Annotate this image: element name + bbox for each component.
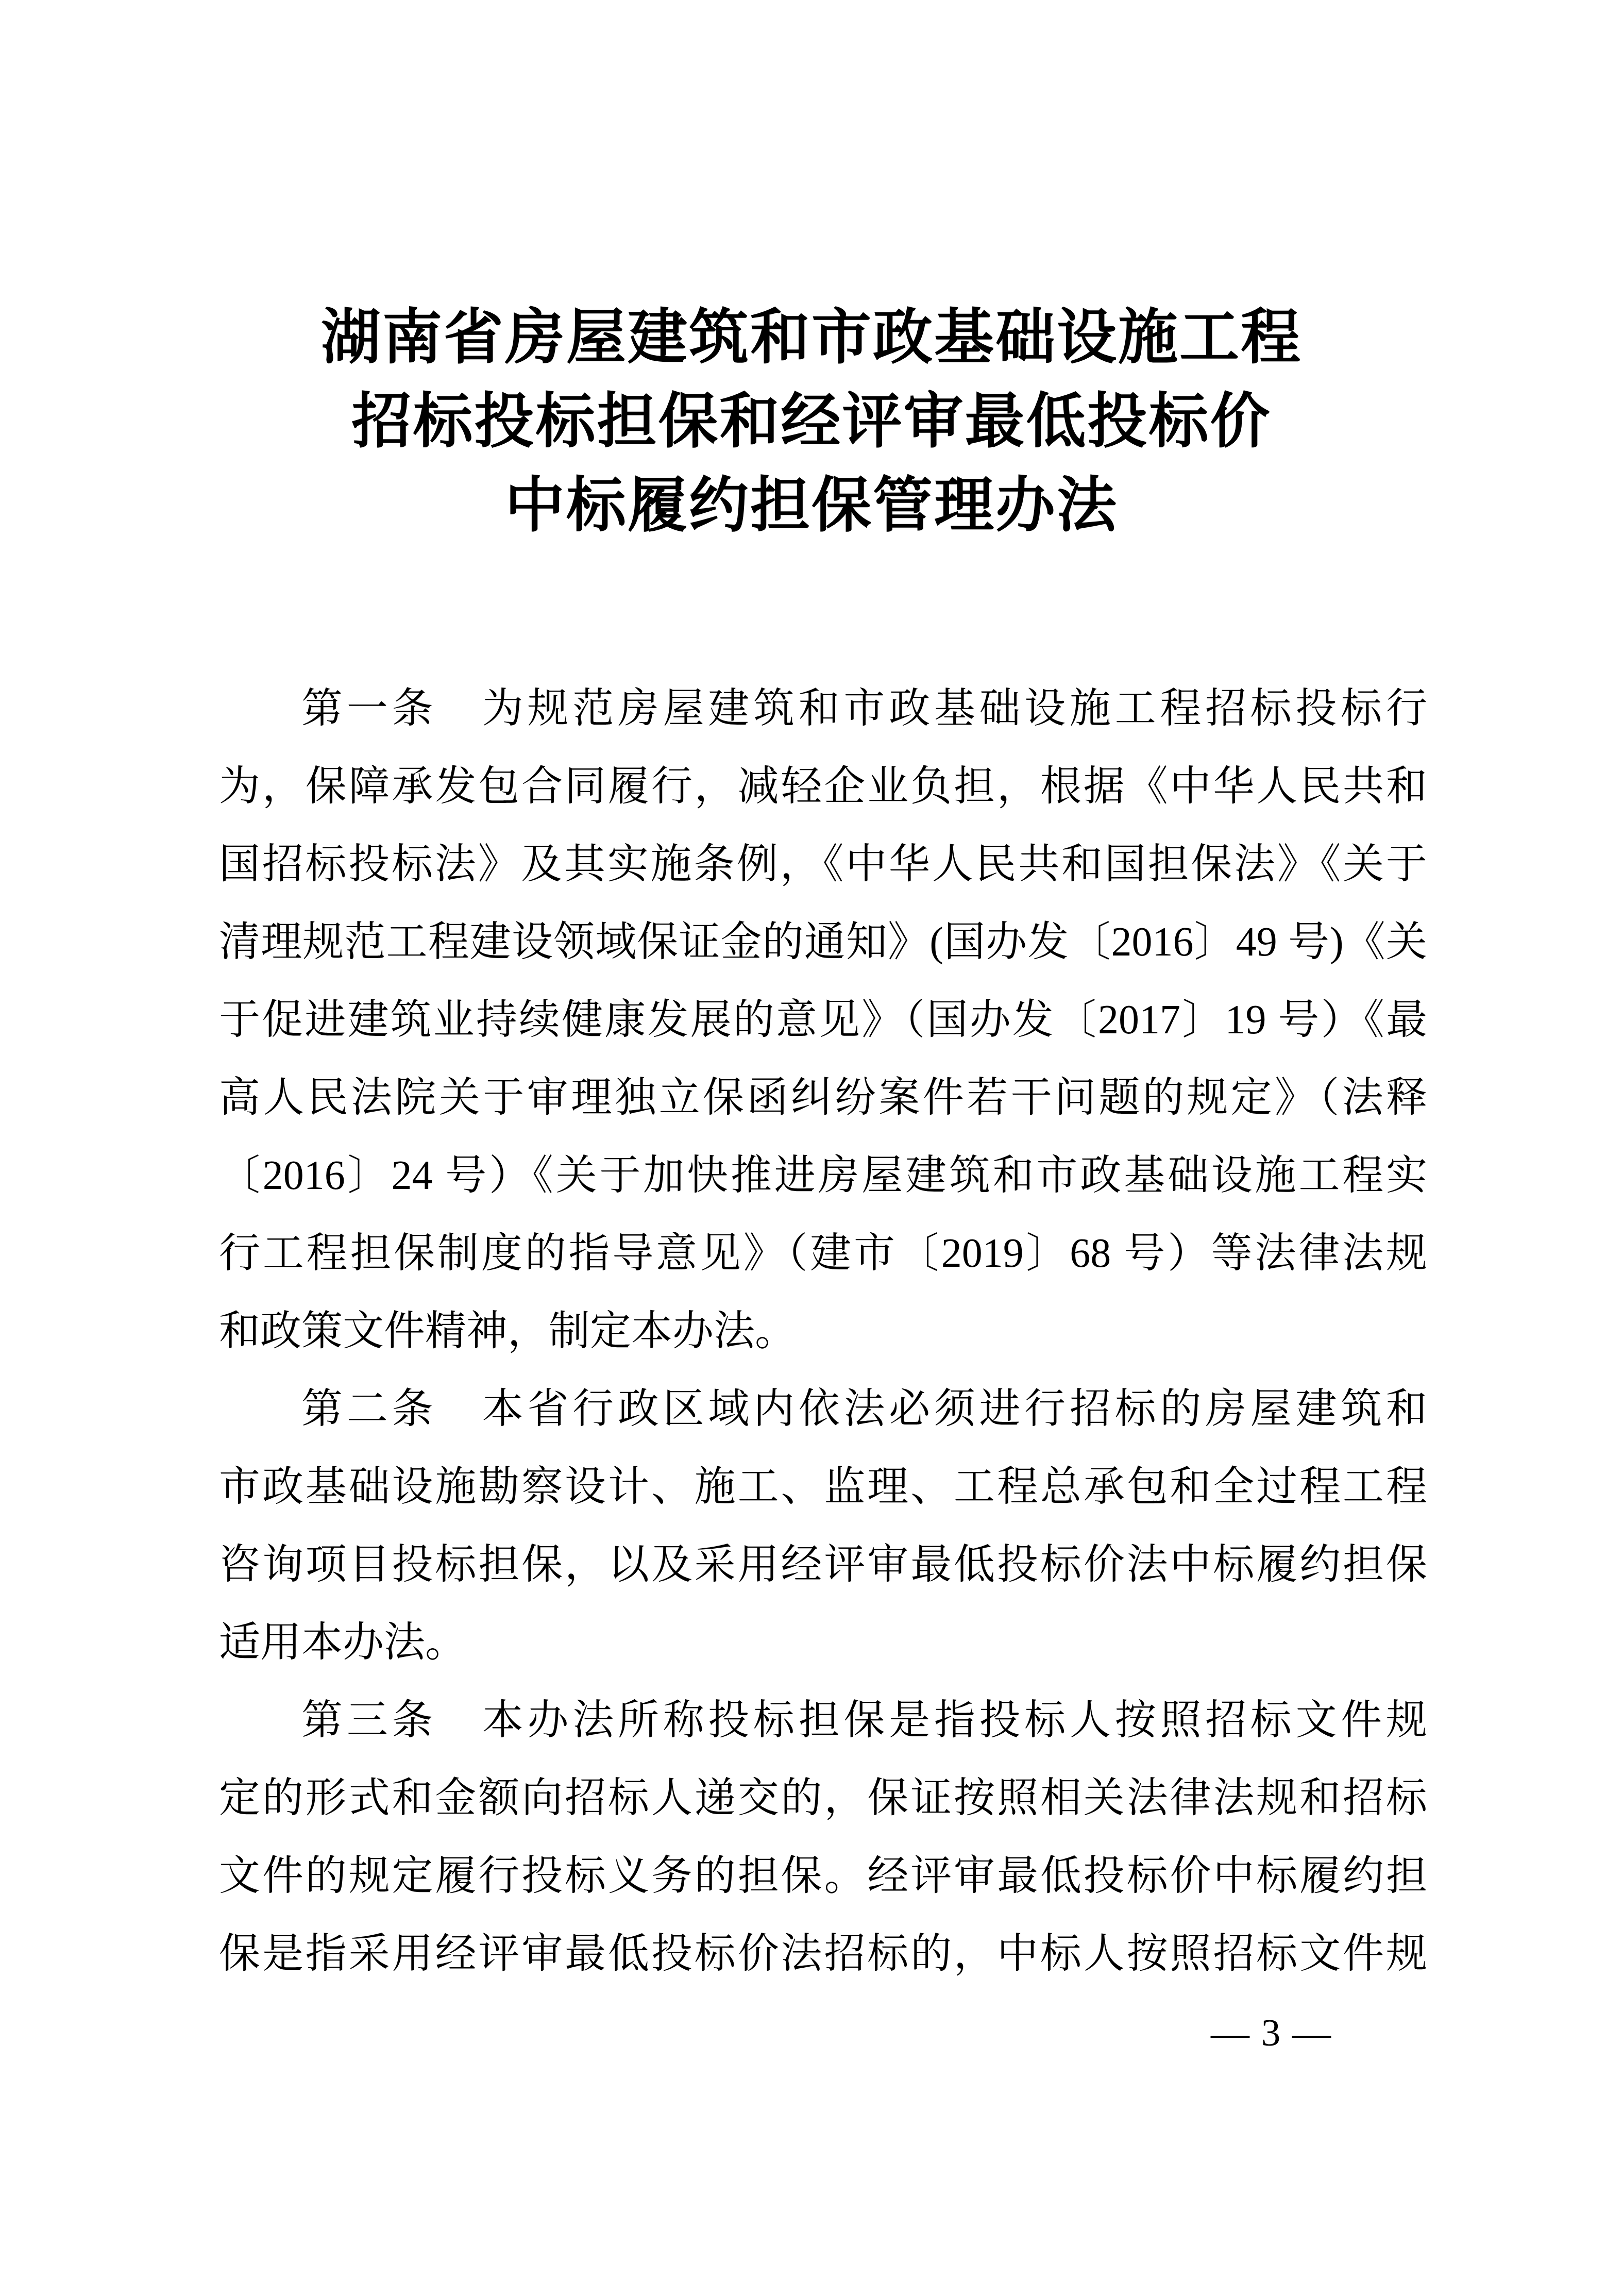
title-line: 招标投标担保和经评审最低投标价 — [0, 380, 1623, 464]
title-line: 湖南省房屋建筑和市政基础设施工程 — [0, 296, 1623, 380]
body-line: 〔2016〕24 号）《关于加快推进房屋建筑和市政基础设施工程实 — [219, 1137, 1427, 1215]
page-number: — 3 — — [1211, 2013, 1332, 2054]
body-line: 第二条 本省行政区域内依法必须进行招标的房屋建筑和 — [219, 1370, 1427, 1448]
body-line: 于促进建筑业持续健康发展的意见》（国办发〔2017〕19 号）《最 — [219, 981, 1427, 1059]
body-line: 国招标投标法》及其实施条例，《中华人民共和国担保法》《关于 — [219, 826, 1427, 903]
body-line: 定的形式和金额向招标人递交的，保证按照相关法律法规和招标 — [219, 1759, 1427, 1837]
body-line: 保是指采用经评审最低投标价法招标的，中标人按照招标文件规 — [219, 1915, 1427, 1993]
body-line: 和政策文件精神，制定本办法。 — [219, 1293, 1427, 1370]
body-text: 第一条 为规范房屋建筑和市政基础设施工程招标投标行为，保障承发包合同履行，减轻企… — [219, 670, 1427, 1993]
body-line: 第三条 本办法所称投标担保是指投标人按照招标文件规 — [219, 1682, 1427, 1759]
body-line: 高人民法院关于审理独立保函纠纷案件若干问题的规定》（法释 — [219, 1059, 1427, 1137]
document-title: 湖南省房屋建筑和市政基础设施工程招标投标担保和经评审最低投标价中标履约担保管理办… — [0, 296, 1623, 548]
title-line: 中标履约担保管理办法 — [0, 464, 1623, 548]
body-line: 咨询项目投标担保，以及采用经评审最低投标价法中标履约担保 — [219, 1526, 1427, 1604]
body-line: 市政基础设施勘察设计、施工、监理、工程总承包和全过程工程 — [219, 1448, 1427, 1526]
body-line: 文件的规定履行投标义务的担保。经评审最低投标价中标履约担 — [219, 1837, 1427, 1915]
body-line: 适用本办法。 — [219, 1604, 1427, 1682]
document-page: 湖南省房屋建筑和市政基础设施工程招标投标担保和经评审最低投标价中标履约担保管理办… — [0, 0, 1623, 2296]
body-line: 第一条 为规范房屋建筑和市政基础设施工程招标投标行 — [219, 670, 1427, 748]
body-line: 行工程担保制度的指导意见》（建市〔2019〕68 号）等法律法规 — [219, 1215, 1427, 1293]
body-line: 清理规范工程建设领域保证金的通知》(国办发〔2016〕49 号)《关 — [219, 903, 1427, 981]
body-line: 为，保障承发包合同履行，减轻企业负担，根据《中华人民共和 — [219, 748, 1427, 826]
